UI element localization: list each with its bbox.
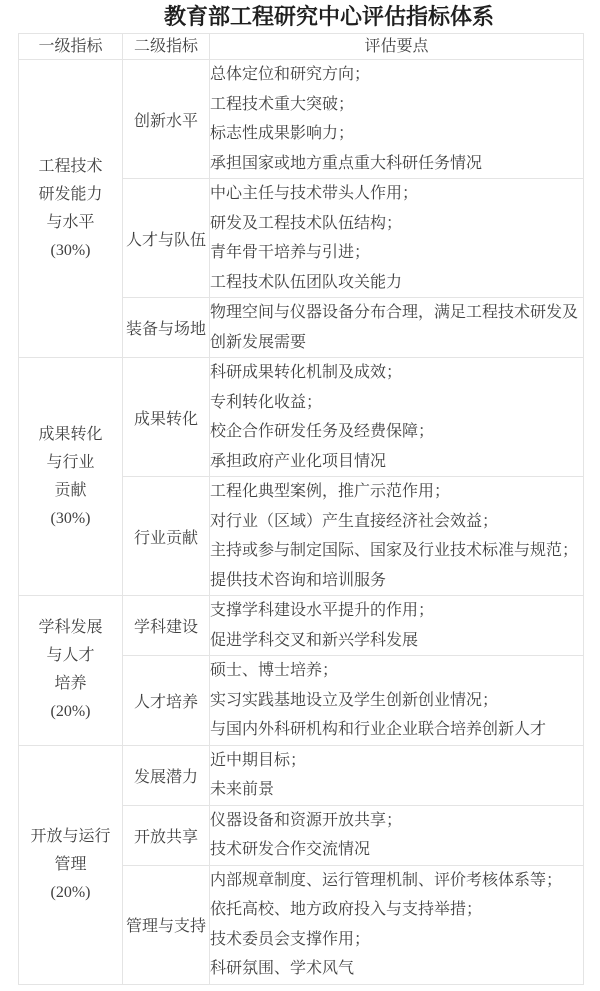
level2-cell: 管理与支持 [123, 865, 210, 984]
point-line: 中心主任与技术带头人作用； [210, 179, 583, 209]
level1-line: 成果转化 [19, 421, 122, 449]
point-line: 近中期目标； [210, 746, 583, 776]
weight-label: (20%) [19, 879, 122, 907]
point-line: 依托高校、地方政府投入与支持举措； [210, 895, 583, 925]
level2-cell: 人才与队伍 [123, 179, 210, 298]
point-line: 主持或参与制定国际、国家及行业技术标准与规范； [210, 536, 583, 566]
point-line: 工程化典型案例，推广示范作用； [210, 477, 583, 507]
points-cell: 物理空间与仪器设备分布合理，满足工程技术研发及 创新发展需要 [210, 298, 584, 358]
point-line: 内部规章制度、运行管理机制、评价考核体系等； [210, 866, 583, 896]
point-line: 仪器设备和资源开放共享； [210, 806, 583, 836]
point-line: 承担国家或地方重点重大科研任务情况 [210, 149, 583, 179]
level1-line: 管理 [19, 851, 122, 879]
points-cell: 仪器设备和资源开放共享； 技术研发合作交流情况 [210, 805, 584, 865]
points-cell: 内部规章制度、运行管理机制、评价考核体系等； 依托高校、地方政府投入与支持举措；… [210, 865, 584, 984]
level2-cell: 开放共享 [123, 805, 210, 865]
evaluation-table: 一级指标 二级指标 评估要点 工程技术 研发能力 与水平 (30%) 创新水平 … [18, 33, 584, 985]
level1-line: 研发能力 [19, 181, 122, 209]
points-cell: 硕士、博士培养； 实习实践基地设立及学生创新创业情况； 与国内外科研机构和行业企… [210, 656, 584, 746]
points-cell: 支撑学科建设水平提升的作用； 促进学科交叉和新兴学科发展 [210, 596, 584, 656]
point-line: 与国内外科研机构和行业企业联合培养创新人才 [210, 715, 583, 745]
level2-cell: 成果转化 [123, 358, 210, 477]
weight-label: (30%) [19, 237, 122, 265]
point-line: 工程技术重大突破； [210, 90, 583, 120]
point-line: 未来前景 [210, 775, 583, 805]
column-header-level2: 二级指标 [123, 34, 210, 60]
point-line: 校企合作研发任务及经费保障； [210, 417, 583, 447]
points-cell: 工程化典型案例，推广示范作用； 对行业（区域）产生直接经济社会效益； 主持或参与… [210, 477, 584, 596]
level1-line: 学科发展 [19, 614, 122, 642]
level1-line: 与人才 [19, 642, 122, 670]
point-line: 促进学科交叉和新兴学科发展 [210, 626, 583, 656]
point-line: 提供技术咨询和培训服务 [210, 566, 583, 596]
point-line: 技术研发合作交流情况 [210, 835, 583, 865]
level2-cell: 装备与场地 [123, 298, 210, 358]
point-line: 技术委员会支撑作用； [210, 925, 583, 955]
points-cell: 近中期目标； 未来前景 [210, 745, 584, 805]
point-line: 专利转化收益； [210, 388, 583, 418]
point-line: 科研成果转化机制及成效； [210, 358, 583, 388]
point-line: 标志性成果影响力； [210, 119, 583, 149]
point-line: 硕士、博士培养； [210, 656, 583, 686]
level1-line: 贡献 [19, 477, 122, 505]
point-line: 物理空间与仪器设备分布合理，满足工程技术研发及 [210, 298, 583, 328]
table-row: 成果转化 与行业 贡献 (30%) 成果转化 科研成果转化机制及成效； 专利转化… [19, 358, 584, 477]
column-header-points: 评估要点 [210, 34, 584, 60]
point-line: 科研氛围、学术风气 [210, 954, 583, 984]
level1-cell: 成果转化 与行业 贡献 (30%) [19, 358, 123, 596]
point-line: 支撑学科建设水平提升的作用； [210, 596, 583, 626]
point-line: 研发及工程技术队伍结构； [210, 209, 583, 239]
level2-cell: 人才培养 [123, 656, 210, 746]
point-line: 青年骨干培养与引进； [210, 238, 583, 268]
weight-label: (20%) [19, 698, 122, 726]
level1-cell: 学科发展 与人才 培养 (20%) [19, 596, 123, 746]
points-cell: 科研成果转化机制及成效； 专利转化收益； 校企合作研发任务及经费保障； 承担政府… [210, 358, 584, 477]
point-line: 对行业（区域）产生直接经济社会效益； [210, 507, 583, 537]
column-header-level1: 一级指标 [19, 34, 123, 60]
level2-cell: 发展潜力 [123, 745, 210, 805]
weight-label: (30%) [19, 505, 122, 533]
level2-cell: 创新水平 [123, 60, 210, 179]
table-row: 开放与运行 管理 (20%) 发展潜力 近中期目标； 未来前景 [19, 745, 584, 805]
points-cell: 总体定位和研究方向； 工程技术重大突破； 标志性成果影响力； 承担国家或地方重点… [210, 60, 584, 179]
table-row: 工程技术 研发能力 与水平 (30%) 创新水平 总体定位和研究方向； 工程技术… [19, 60, 584, 179]
level1-line: 与行业 [19, 449, 122, 477]
level1-cell: 开放与运行 管理 (20%) [19, 745, 123, 984]
point-line: 总体定位和研究方向； [210, 60, 583, 90]
level1-line: 开放与运行 [19, 823, 122, 851]
level2-cell: 行业贡献 [123, 477, 210, 596]
header-row: 一级指标 二级指标 评估要点 [19, 34, 584, 60]
level1-line: 与水平 [19, 209, 122, 237]
level1-cell: 工程技术 研发能力 与水平 (30%) [19, 60, 123, 358]
point-line: 实习实践基地设立及学生创新创业情况； [210, 686, 583, 716]
level1-line: 培养 [19, 670, 122, 698]
level2-cell: 学科建设 [123, 596, 210, 656]
table-row: 学科发展 与人才 培养 (20%) 学科建设 支撑学科建设水平提升的作用； 促进… [19, 596, 584, 656]
level1-line: 工程技术 [19, 153, 122, 181]
page-title: 教育部工程研究中心评估指标体系 [58, 5, 600, 29]
point-line: 工程技术队伍团队攻关能力 [210, 268, 583, 298]
point-line: 创新发展需要 [210, 328, 583, 358]
point-line: 承担政府产业化项目情况 [210, 447, 583, 477]
points-cell: 中心主任与技术带头人作用； 研发及工程技术队伍结构； 青年骨干培养与引进； 工程… [210, 179, 584, 298]
